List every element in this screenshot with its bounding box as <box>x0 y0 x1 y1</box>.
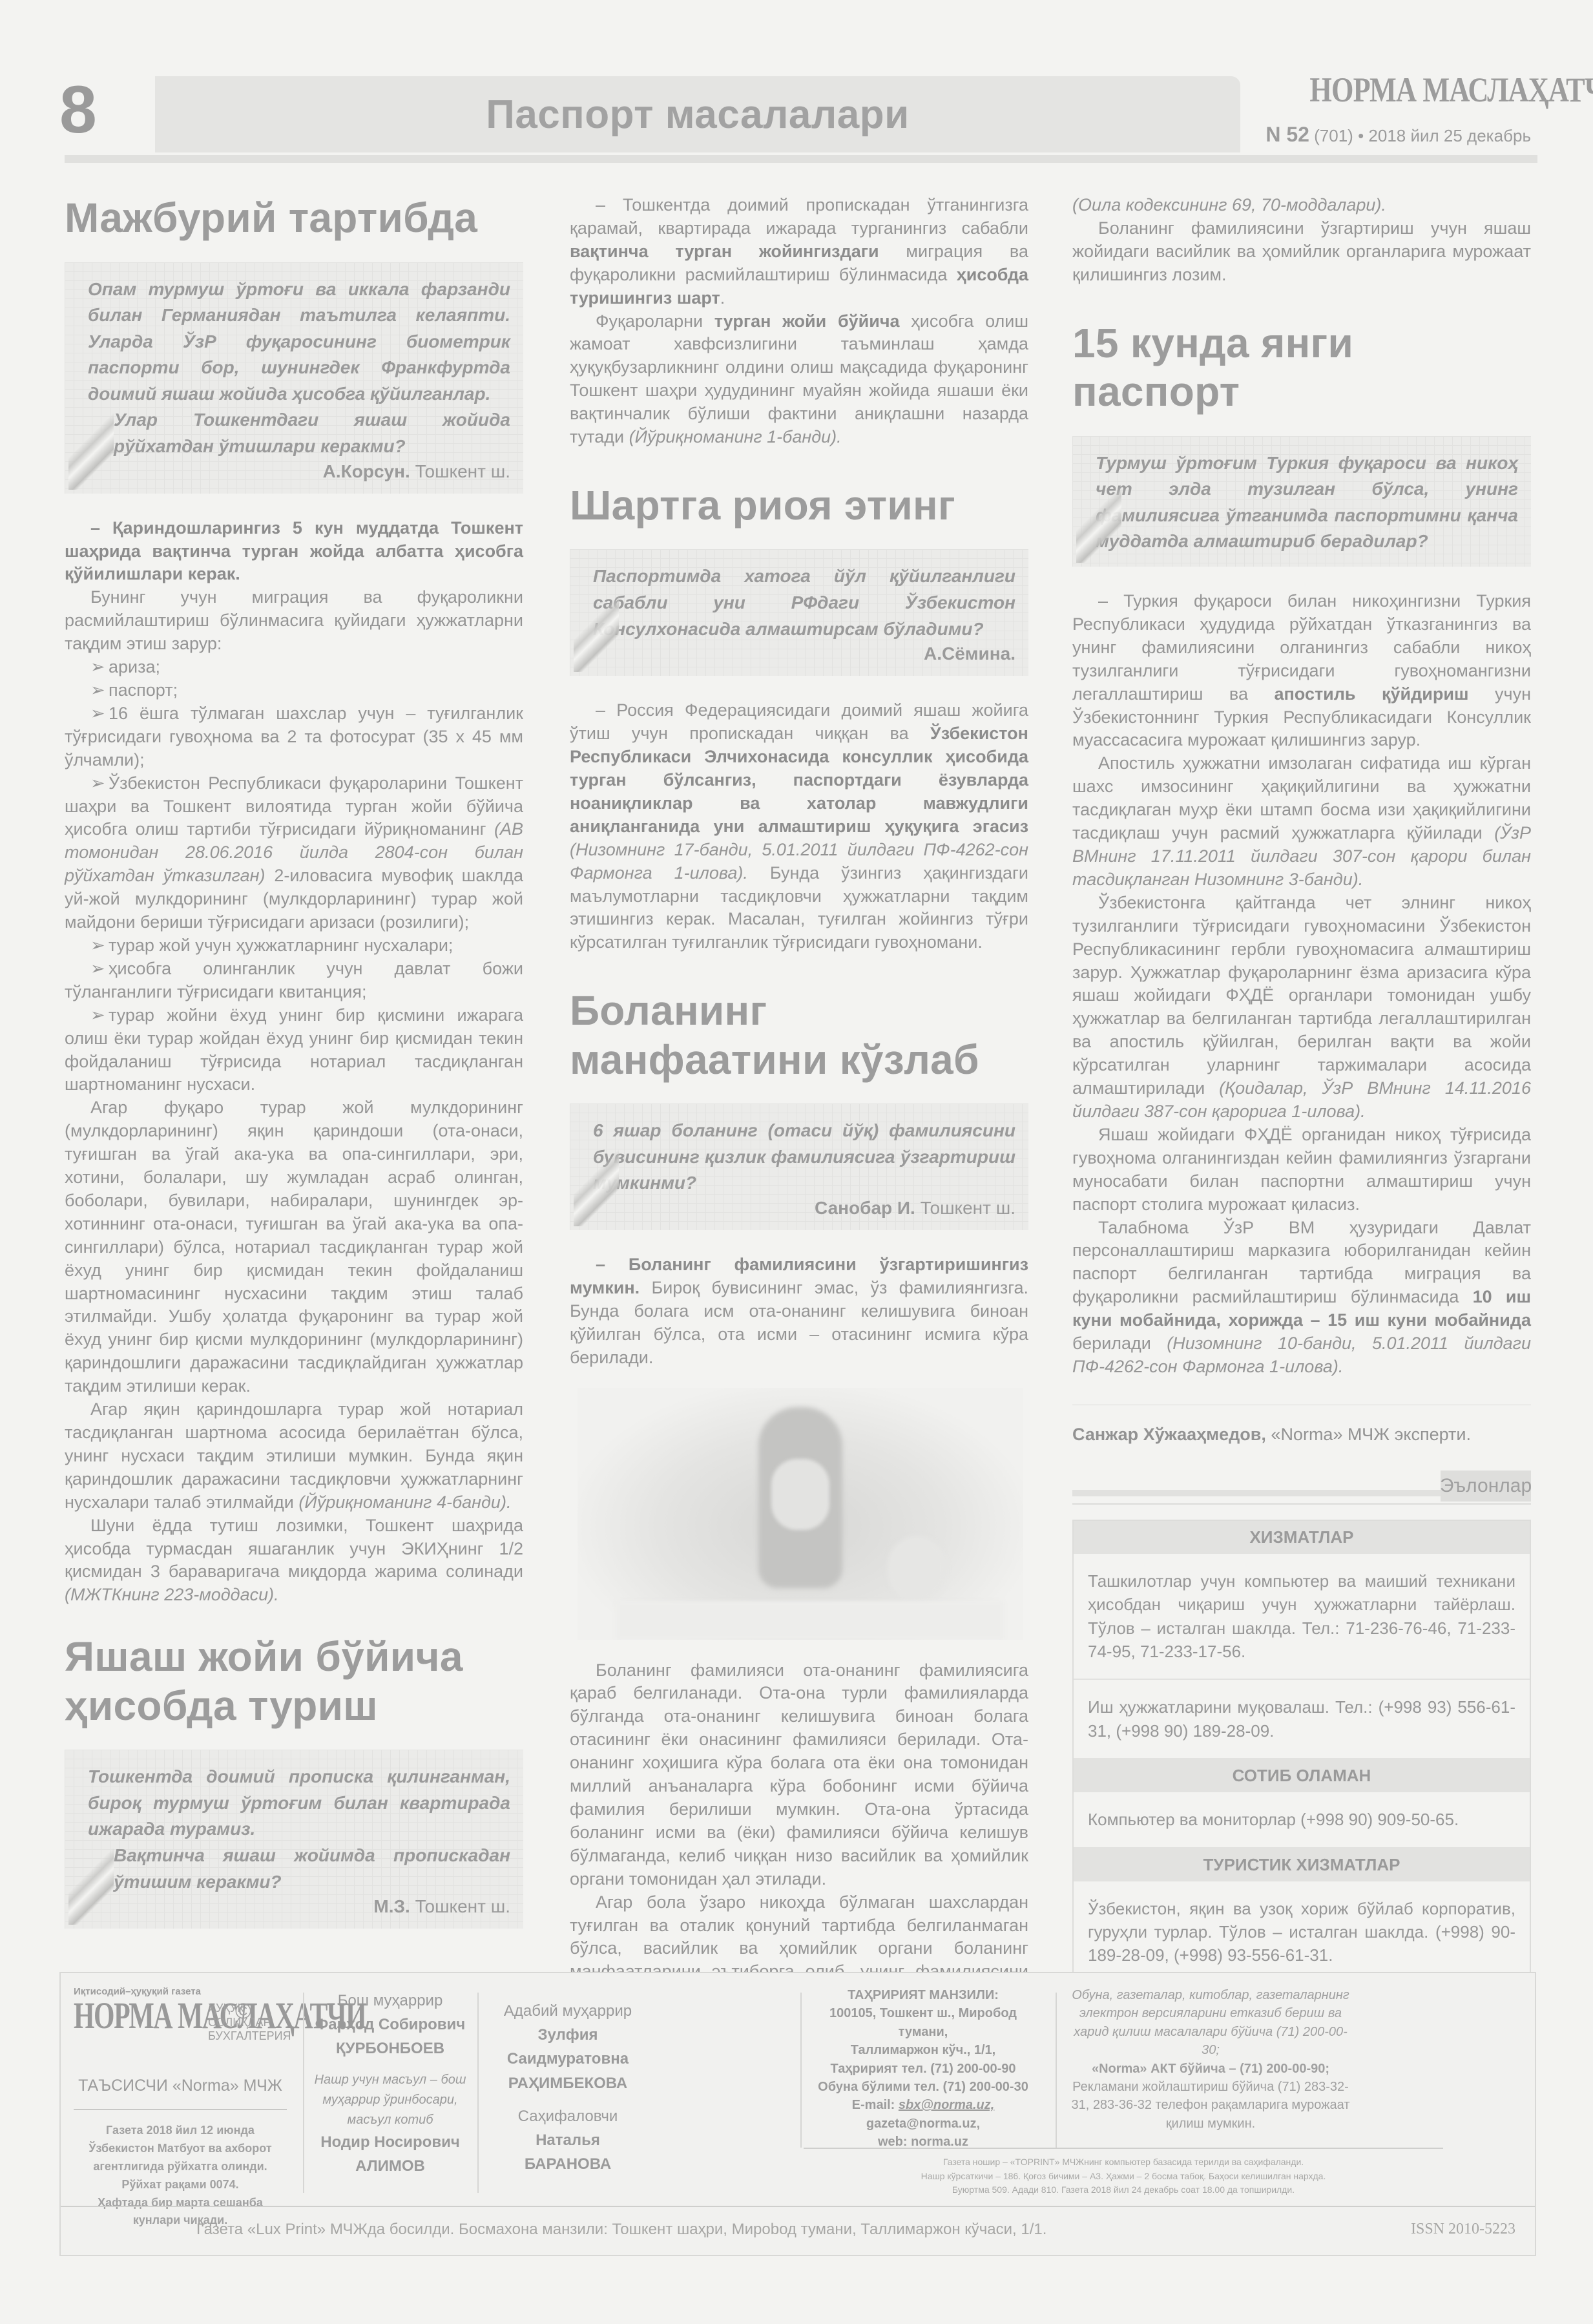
issue-number: N 52 <box>1265 123 1309 146</box>
imprint: Иқтисодий–ҳуқуқий газета НОРМА МАСЛАҲАТЧ… <box>59 1972 1536 2256</box>
arrow-bullet-icon: ➢ <box>90 1004 109 1027</box>
page-curl-icon <box>574 588 619 672</box>
question-text: Турмуш ўртоғим Туркия фуқароси ва никоҳ … <box>1096 450 1518 555</box>
page-curl-icon <box>574 1142 619 1226</box>
question-text: Паспортимда хатога йўл қўйилганлиги саба… <box>593 563 1015 642</box>
arrow-bullet-icon: ➢ <box>90 772 109 795</box>
arrow-bullet-icon: ➢ <box>90 679 109 702</box>
footer-registration: Газета 2018 йил 12 июнда Ўзбекистон Матб… <box>74 2122 287 2230</box>
issue-date: • 2018 йил 25 декабрь <box>1358 126 1531 145</box>
paragraph: Яшаш жойидаги ФҲДЁ органидан никоҳ тўғри… <box>1072 1124 1531 1217</box>
article-new-passport: 15 кунда янги паспорт Турмуш ўртоғим Тур… <box>1072 319 1531 1445</box>
paragraph: – Россия Федерациясидаги доимий яшаш жой… <box>570 699 1028 954</box>
question-text: Тошкентда доимий прописка қилинганман, б… <box>88 1764 510 1843</box>
paragraph: Талабнома ЎзР ВМ ҳузуридаги Давлат персо… <box>1072 1217 1531 1379</box>
arrow-bullet-icon: ➢ <box>90 934 109 958</box>
article-body: – Қариндошларингиз 5 кун муддатда Тошкен… <box>65 517 523 1607</box>
classifieds-header: Эълонлар <box>1072 1471 1531 1509</box>
question-text: 6 яшар боланинг (отаси йўқ) фамилиясини … <box>593 1118 1015 1197</box>
article-body: – Боланинг фамилиясини ўзгартиришингиз м… <box>570 1253 1028 2030</box>
question-text: Вақтинча яшаш жойимда пропискадан ўтишим… <box>88 1843 510 1895</box>
paragraph: Агар яқин қариндошларга турар жой нотари… <box>65 1398 523 1514</box>
reader-question: Тошкентда доимий прописка қилинганман, б… <box>65 1750 523 1929</box>
footer-subscription: Обуна, газеталар, китоблар, газеталарнин… <box>1068 1986 1353 2133</box>
classifieds-tab: Эълонлар <box>1441 1471 1531 1502</box>
ad-category-buy: СОТИБ ОЛАМАН <box>1074 1759 1530 1792</box>
footer-address: ТАҲРИРИЯТ МАНЗИЛИ: 100105, Тошкент ш., М… <box>810 1986 1036 2151</box>
footer-founder: ТАЪСИСЧИ «Norma» МЧЖ <box>74 2077 287 2095</box>
issue-total: (701) <box>1314 126 1353 145</box>
article-mandatory: Мажбурий тартибда Опам турмуш ўртоғи ва … <box>65 194 523 1607</box>
ad-item: Ўзбекистон, яқин ва узоқ хориж бўйлаб ко… <box>1074 1881 1530 1983</box>
header-rule <box>65 155 1537 163</box>
masthead-brand: НОРМА МАСЛАҲАТЧИ <box>1309 70 1537 110</box>
arrow-bullet-icon: ➢ <box>90 702 109 726</box>
question-text: Опам турмуш ўртоғи ва иккала фарзанди би… <box>88 277 510 408</box>
section-banner: Паспорт масалалари <box>155 76 1240 152</box>
copyright-icon: © <box>235 1999 251 2024</box>
reader-question: Паспортимда хатога йўл қўйилганлиги саба… <box>570 549 1028 676</box>
paragraph: Боланинг фамилиясини ўзгартириш учун яша… <box>1072 217 1531 287</box>
paragraph: Боланинг фамилияси ота-онанинг фамилияси… <box>570 1659 1028 1891</box>
paragraph: Фуқароларни турган жойи бўйича ҳисобга о… <box>570 310 1028 449</box>
footer-print-info: Газета ношир – «TOPRINT» МЧЖнинг компьют… <box>804 2155 1443 2197</box>
email-link-2[interactable]: gazeta@norma.uz, <box>810 2115 1036 2133</box>
article-comply-condition: Шартга риоя этинг Паспортимда хатога йўл… <box>570 481 1028 954</box>
article-title: Шартга риоя этинг <box>570 481 1028 530</box>
author-signature: Санжар Хўжааҳмедов, «Norma» МЧЖ эксперти… <box>1072 1405 1531 1445</box>
answer-lead: – Қариндошларингиз 5 кун муддатда Тошкен… <box>65 517 523 587</box>
paragraph: Ўзбекистонга қайтганда чет элнинг никоҳ … <box>1072 892 1531 1124</box>
paragraph: (Оила кодексининг 69, 70-моддалари). <box>1072 194 1531 217</box>
list-item: ➢паспорт; <box>65 679 523 702</box>
question-asker: Санобар И. Тошкент ш. <box>593 1198 1015 1219</box>
email-link[interactable]: sbx@norma.uz, <box>899 2098 994 2112</box>
mother-child-photo <box>578 1388 1023 1640</box>
article-title: Яшаш жойи бўйича ҳисобда туриш <box>65 1633 523 1730</box>
page-number: 8 <box>59 76 97 143</box>
question-asker: А.Корсун. Тошкент ш. <box>88 461 510 482</box>
article-child-interest: Боланинг манфаатини кўзлаб 6 яшар болани… <box>570 987 1028 2030</box>
section-title: Паспорт масалалари <box>486 92 909 138</box>
classifieds: Эълонлар ХИЗМАТЛАР Ташкилотлар учун комп… <box>1072 1471 1531 2013</box>
reader-question: Опам турмуш ўртоғи ва иккала фарзанди би… <box>65 262 523 494</box>
article-body: – Туркия фуқароси билан никоҳингизни Тур… <box>1072 590 1531 1379</box>
paragraph: Агар фуқаро турар жой мулкдорининг (мулк… <box>65 1096 523 1398</box>
ad-category-services: ХИЗМАТЛАР <box>1074 1521 1530 1554</box>
page-curl-icon <box>1076 479 1121 563</box>
paragraph: – Туркия фуқароси билан никоҳингизни Тур… <box>1072 590 1531 752</box>
classifieds-box: ХИЗМАТЛАР Ташкилотлар учун компьютер ва … <box>1072 1520 1531 2013</box>
article-residence-answer: – Тошкентда доимий пропискадан ўтганинги… <box>570 194 1028 449</box>
column-3: (Оила кодексининг 69, 70-моддалари). Бол… <box>1072 194 1531 2013</box>
article-residence-registration: Яшаш жойи бўйича ҳисобда туриш Тошкентда… <box>65 1633 523 1929</box>
article-title: Боланинг манфаатини кўзлаб <box>570 987 1028 1084</box>
paragraph: Шуни ёдда тутиш лозимки, Тошкент шаҳрида… <box>65 1514 523 1607</box>
arrow-bullet-icon: ➢ <box>90 656 109 679</box>
footer-logo: НОРМА МАСЛАҲАТЧИ <box>74 1997 209 2035</box>
column-1: Мажбурий тартибда Опам турмуш ўртоғи ва … <box>65 194 523 1952</box>
list-item: ➢ариза; <box>65 656 523 679</box>
question-asker: М.З. Тошкент ш. <box>88 1896 510 1917</box>
footer-chief-editor: Бош муҳаррир Фарҳод Собирович ҚУРБОНБОЕВ… <box>309 1989 471 2178</box>
page-curl-icon <box>68 1841 114 1925</box>
footer-press: Газета «Lux Print» МЧЖда босилди. Босмах… <box>196 2221 1046 2239</box>
page-curl-icon <box>68 406 114 490</box>
issue-line: N 52 (701) • 2018 йил 25 декабрь <box>1260 123 1531 147</box>
question-text: Улар Тошкентдаги яшаш жойида рўйхатдан ў… <box>88 407 510 459</box>
article-child-interest-continued: (Оила кодексининг 69, 70-моддалари). Бол… <box>1072 194 1531 287</box>
paragraph: – Боланинг фамилиясини ўзгартиришингиз м… <box>570 1253 1028 1370</box>
ad-category-tourism: ТУРИСТИК ХИЗМАТЛАР <box>1074 1848 1530 1881</box>
reader-question: Турмуш ўртоғим Туркия фуқароси ва никоҳ … <box>1072 436 1531 567</box>
list-item: ➢турар жой учун ҳужжатларнинг нусхалари; <box>65 934 523 958</box>
paragraph: Бунинг учун миграция ва фуқароликни расм… <box>65 586 523 656</box>
article-title: 15 кунда янги паспорт <box>1072 319 1531 417</box>
list-item: ➢турар жойни ёхуд унинг бир қисмини ижар… <box>65 1004 523 1097</box>
ad-item: Ташкилотлар учун компьютер ва маиший тех… <box>1074 1554 1530 1680</box>
list-item: ➢16 ёшга тўлмаган шахслар учун – туғилга… <box>65 702 523 772</box>
reader-question: 6 яшар боланинг (отаси йўқ) фамилиясини … <box>570 1104 1028 1230</box>
list-item: ➢ҳисобга олинганлик учун давлат божи тўл… <box>65 958 523 1004</box>
column-2: – Тошкентда доимий пропискадан ўтганинги… <box>570 194 1028 2030</box>
article-title: Мажбурий тартибда <box>65 194 523 243</box>
paragraph: – Тошкентда доимий пропискадан ўтганинги… <box>570 194 1028 310</box>
arrow-bullet-icon: ➢ <box>90 958 109 981</box>
article-body: – Россия Федерациясидаги доимий яшаш жой… <box>570 699 1028 954</box>
ad-item: Иш ҳужжатларини муқовалаш. Тел.: (+998 9… <box>1074 1680 1530 1759</box>
paragraph: Апостиль ҳужжатни имзолаган сифатида иш … <box>1072 752 1531 891</box>
footer-literary-editor: Адабий муҳаррир Зулфия Саидмуратовна РАҲ… <box>484 1999 652 2176</box>
question-asker: А.Сёмина. <box>593 644 1015 664</box>
list-item: ➢Ўзбекистон Республикаси фуқароларини То… <box>65 772 523 934</box>
footer-issn: ISSN 2010-5223 <box>1411 2221 1515 2238</box>
ad-item: Компьютер ва мониторлар (+998 90) 909-50… <box>1074 1792 1530 1848</box>
